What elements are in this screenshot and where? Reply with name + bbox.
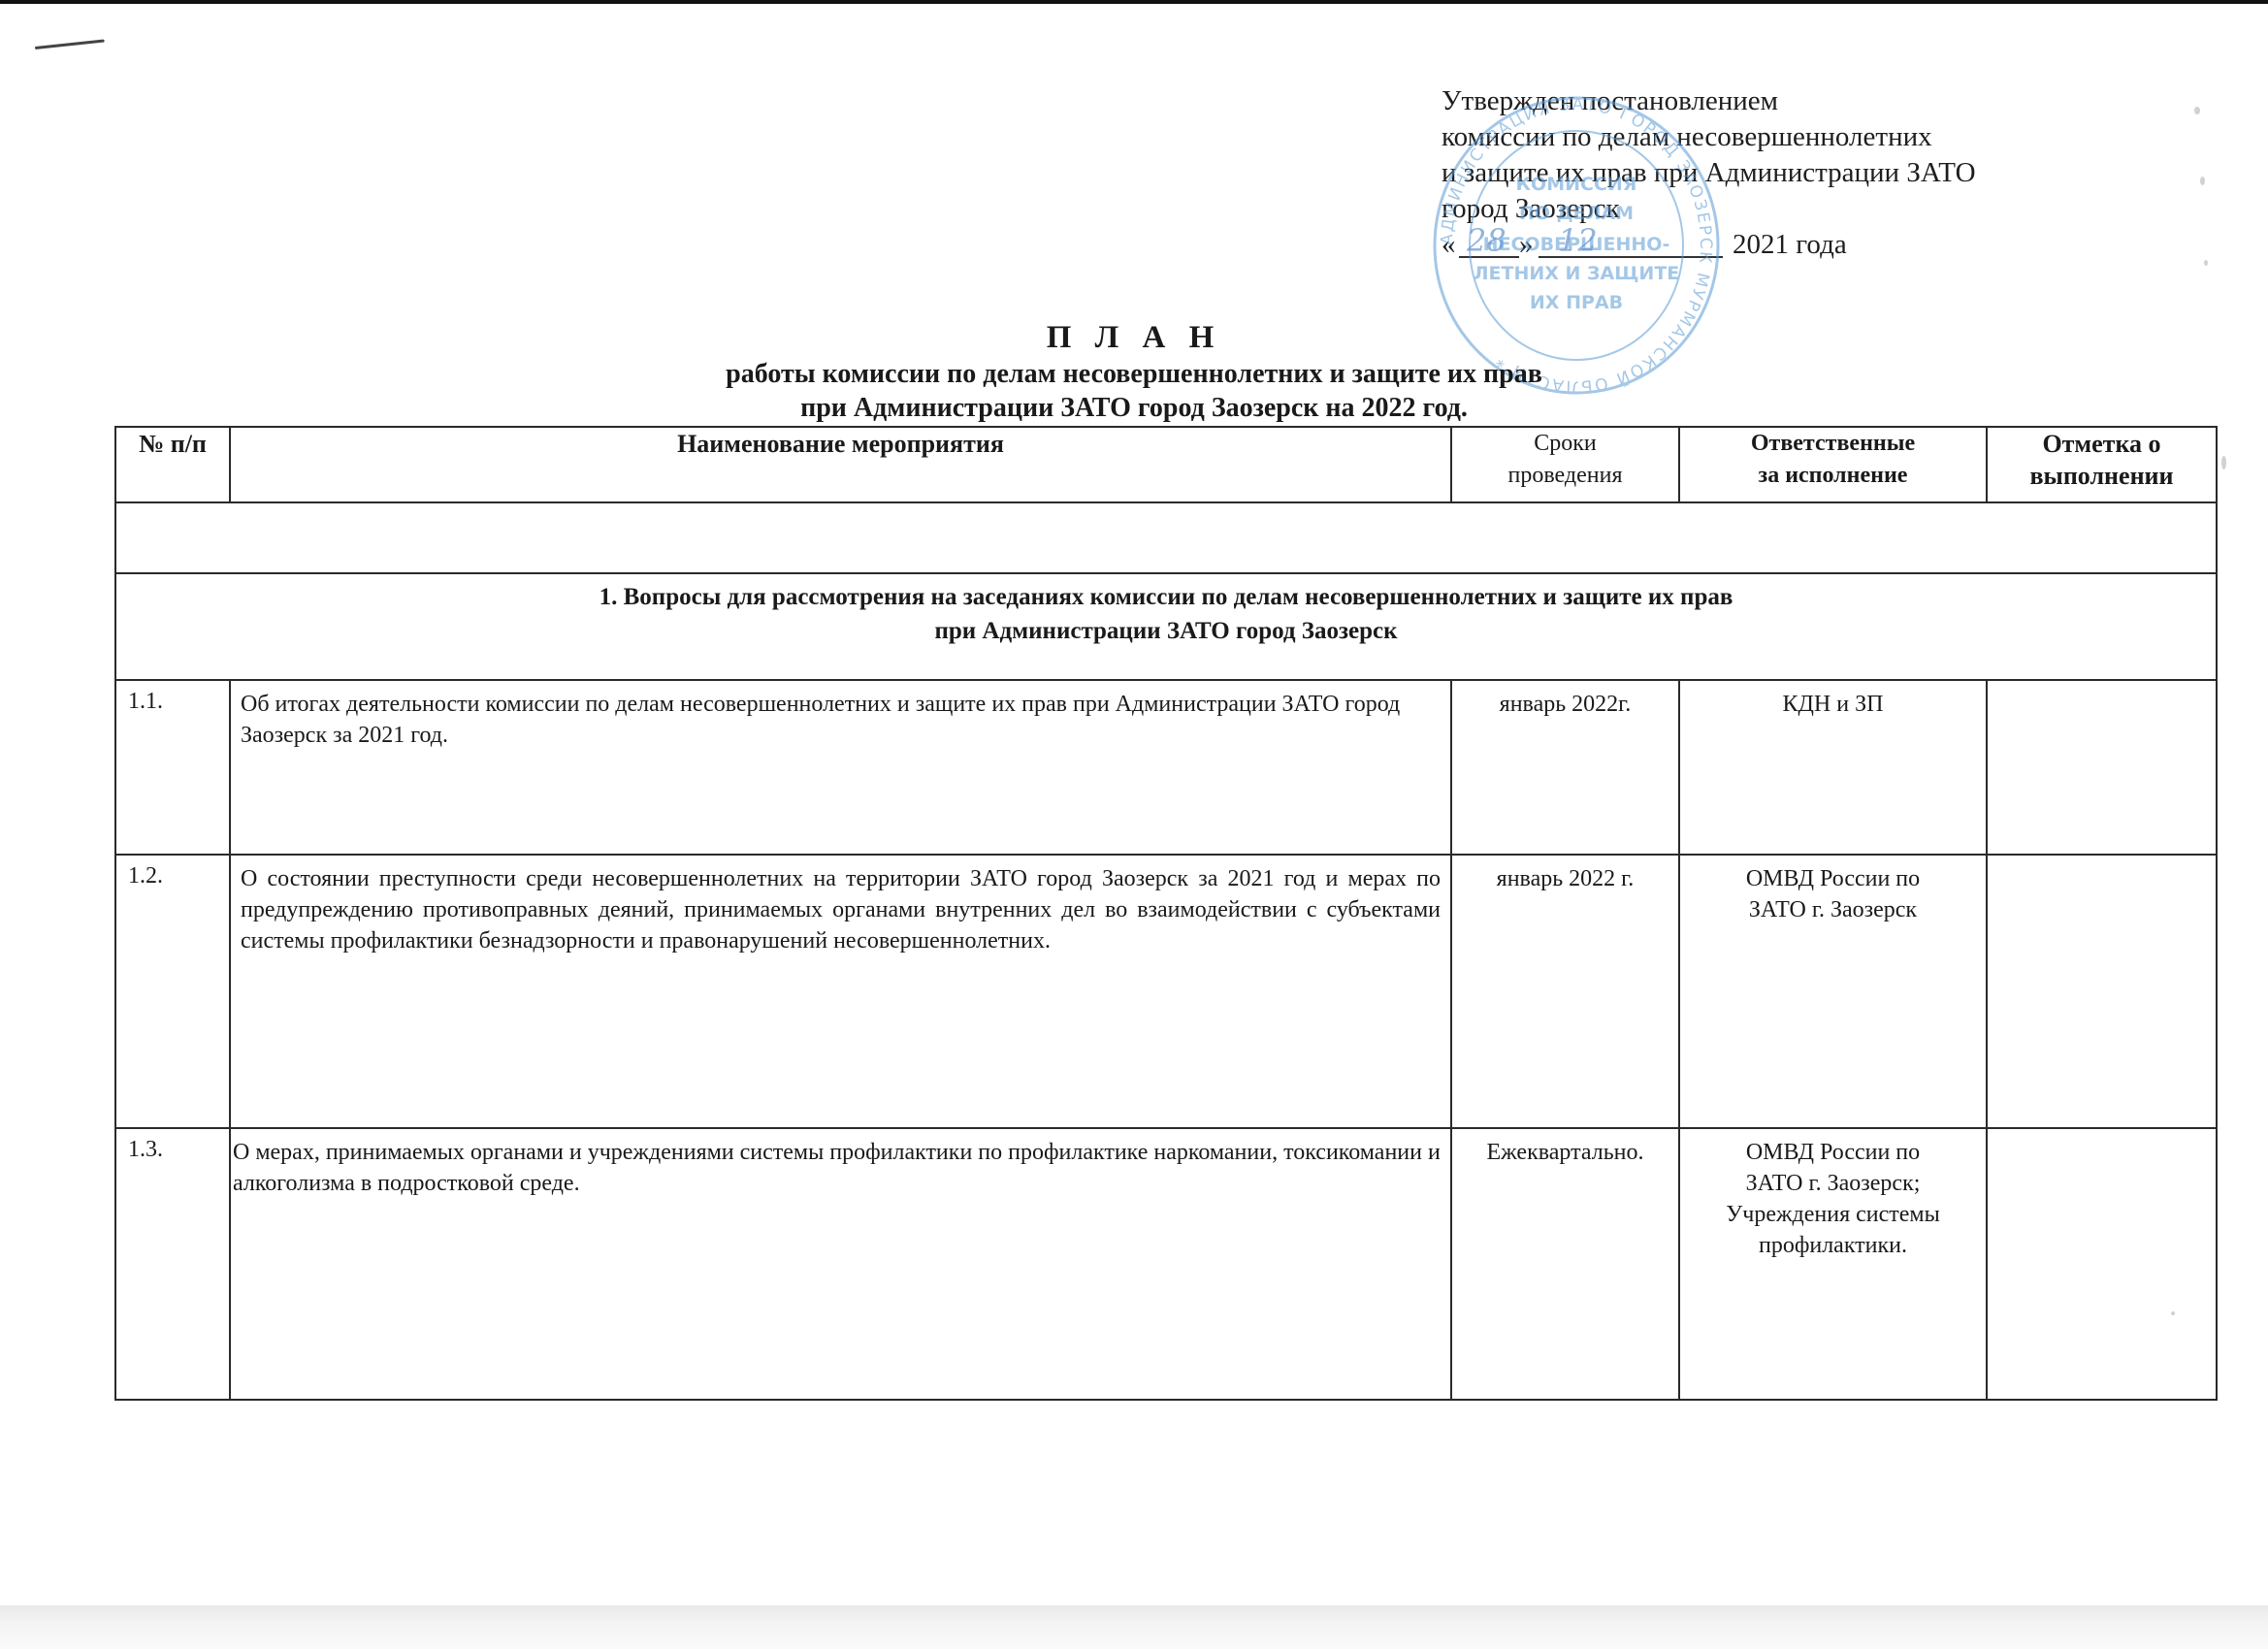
header-who: Ответственные за исполнение — [1679, 427, 1987, 502]
header-name: Наименование мероприятия — [230, 427, 1451, 502]
row-num: 1.1. — [115, 680, 230, 855]
table-row: 1.3. О мерах, принимаемых органами и учр… — [115, 1128, 2217, 1400]
approval-date: « 28 » 12 2021 года — [1442, 227, 2179, 263]
date-open-quote: « — [1442, 227, 1456, 263]
row-who: ОМВД России по ЗАТО г. Заозерск — [1679, 855, 1987, 1128]
corner-pen-mark — [35, 39, 105, 49]
approval-line: и защите их прав при Администрации ЗАТО — [1442, 155, 2179, 191]
date-day-handwritten: 28 — [1467, 223, 1507, 259]
scan-speck — [2221, 456, 2226, 469]
plan-table: № п/п Наименование мероприятия Сроки про… — [114, 426, 2218, 1401]
row-when: Ежеквартально. — [1451, 1128, 1679, 1400]
row-mark — [1987, 1128, 2217, 1400]
table-row: 1.1. Об итогах деятельности комиссии по … — [115, 680, 2217, 855]
title-subtitle-line1: работы комиссии по делам несовершеннолет… — [0, 357, 2268, 391]
title-subtitle-line2: при Администрации ЗАТО город Заозерск на… — [0, 391, 2268, 425]
row-name: Об итогах деятельности комиссии по делам… — [230, 680, 1451, 855]
section-heading-line1: 1. Вопросы для рассмотрения на заседания… — [116, 580, 2216, 614]
row-mark — [1987, 680, 2217, 855]
row-who-line: ОМВД России по — [1680, 1137, 1986, 1168]
header-when-l2: проведения — [1452, 460, 1678, 492]
row-who: КДН и ЗП — [1679, 680, 1987, 855]
table-row: 1.2. О состоянии преступности среди несо… — [115, 855, 2217, 1128]
approval-block: Утвержден постановлением комиссии по дел… — [1442, 83, 2179, 263]
header-who-l1: Ответственные — [1680, 428, 1986, 460]
row-who-line: ЗАТО г. Заозерск — [1680, 894, 1986, 925]
scan-speck — [2204, 260, 2208, 266]
empty-cell — [115, 502, 2217, 573]
title-main: П Л А Н — [0, 318, 2268, 357]
approval-line: комиссии по делам несовершеннолетних — [1442, 119, 2179, 155]
scan-edge-top — [0, 0, 2268, 4]
row-who-line: ОМВД России по — [1680, 863, 1986, 894]
approval-line: город Заозерск — [1442, 191, 2179, 227]
section-heading-row: 1. Вопросы для рассмотрения на заседания… — [115, 573, 2217, 680]
row-who-line: профилактики. — [1680, 1230, 1986, 1261]
section-heading: 1. Вопросы для рассмотрения на заседания… — [115, 573, 2217, 680]
date-year: 2021 года — [1733, 227, 1847, 263]
row-num: 1.2. — [115, 855, 230, 1128]
row-who-line: ЗАТО г. Заозерск; — [1680, 1168, 1986, 1199]
row-who-line: КДН и ЗП — [1680, 689, 1986, 720]
scan-edge-bottom — [0, 1605, 2268, 1649]
header-who-l2: за исполнение — [1680, 460, 1986, 492]
header-when: Сроки проведения — [1451, 427, 1679, 502]
table-empty-row — [115, 502, 2217, 573]
table-header-row: № п/п Наименование мероприятия Сроки про… — [115, 427, 2217, 502]
row-num: 1.3. — [115, 1128, 230, 1400]
row-who-line: Учреждения системы — [1680, 1199, 1986, 1230]
scan-speck — [2200, 177, 2205, 185]
stamp-center-line: ЛЕТНИХ И ЗАЩИТЕ — [1474, 263, 1680, 284]
header-mark-l2: выполнении — [1988, 460, 2216, 492]
stamp-center-line: ИХ ПРАВ — [1530, 292, 1623, 313]
approval-line: Утвержден постановлением — [1442, 83, 2179, 119]
header-mark-l1: Отметка о — [1988, 428, 2216, 460]
row-mark — [1987, 855, 2217, 1128]
section-heading-line2: при Администрации ЗАТО город Заозерск — [116, 614, 2216, 648]
row-when: январь 2022г. — [1451, 680, 1679, 855]
scan-speck — [2194, 107, 2200, 114]
date-month-handwritten: 12 — [1558, 223, 1598, 259]
document-title: П Л А Н работы комиссии по делам несовер… — [0, 318, 2268, 425]
row-name: О состоянии преступности среди несоверше… — [230, 855, 1451, 1128]
header-when-l1: Сроки — [1452, 428, 1678, 460]
header-num: № п/п — [115, 427, 230, 502]
row-name: О мерах, принимаемых органами и учрежден… — [230, 1128, 1451, 1400]
row-when: январь 2022 г. — [1451, 855, 1679, 1128]
header-mark: Отметка о выполнении — [1987, 427, 2217, 502]
date-close-quote: » — [1519, 227, 1534, 263]
row-who: ОМВД России по ЗАТО г. Заозерск; Учрежде… — [1679, 1128, 1987, 1400]
